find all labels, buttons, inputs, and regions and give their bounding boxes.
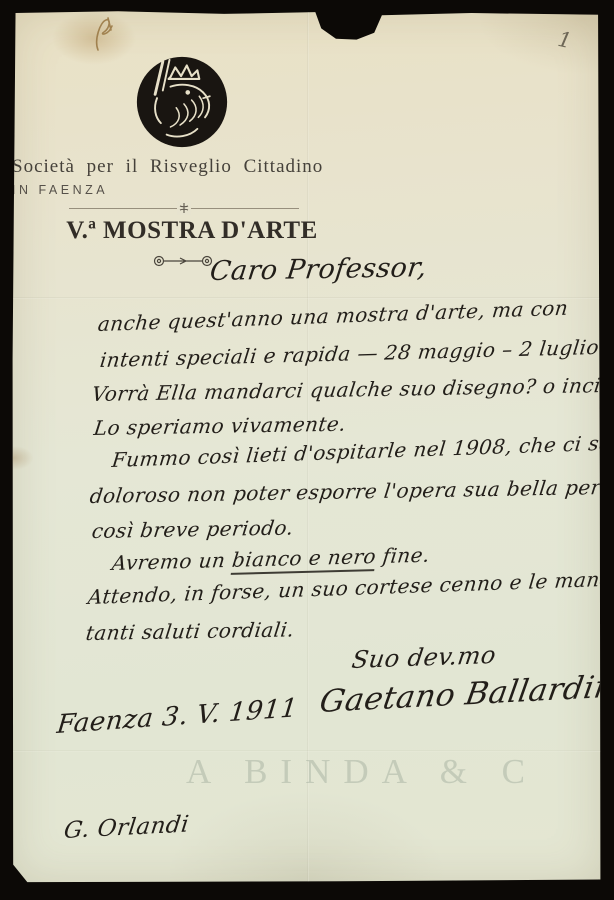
letter-body-line: così breve periodo. <box>91 515 295 543</box>
archival-annotation: G. Orlandi <box>62 812 190 844</box>
organization-name: Società per il Risveglio Cittadino <box>12 156 357 178</box>
letter-body-line: Vorrà Ella mandarci qualche suo disegno?… <box>91 372 614 406</box>
letter-body-line: Lo speriamo vivamente. <box>93 412 348 440</box>
crowned-lion-emblem-icon <box>134 54 230 150</box>
letter-body-line: intenti speciali e rapida — 28 maggio – … <box>99 334 614 372</box>
letter-body-line: doloroso non poter esporre l'opera sua b… <box>89 475 603 508</box>
letter-body-line: tanti saluti cordiali. <box>85 617 296 645</box>
paper-watermark: A BINDA & C <box>152 752 572 792</box>
pencil-scribble-mark <box>84 16 126 56</box>
underlined-phrase: bianco e nero <box>230 544 377 575</box>
letter-body-line: anche quest'anno una mostra d'arte, ma c… <box>97 296 570 336</box>
organization-location: IN FAENZA <box>12 183 357 197</box>
letter-closing: Suo dev.mo <box>350 641 498 674</box>
letterhead-divider <box>69 201 299 215</box>
letter-body-line-underlined: Avremo un bianco e nero fine. <box>111 543 432 575</box>
page-number: 1 <box>556 27 574 53</box>
letter-salutation: Caro Professor, <box>208 252 429 287</box>
scanned-letter-page: { "scan": { "background_color": "#0c0906… <box>0 0 614 900</box>
letter-paper: 1 Società per il Risveglio Cittadino IN … <box>12 10 601 883</box>
signature: Gaetano Ballardini <box>317 668 614 720</box>
place-date-line: Faenza 3. V. 1911 <box>55 693 299 740</box>
exhibition-title: V.ª MOSTRA D'ARTE <box>62 217 322 245</box>
fleuron-icon <box>177 201 191 215</box>
scroll-ornament-icon <box>152 253 214 269</box>
